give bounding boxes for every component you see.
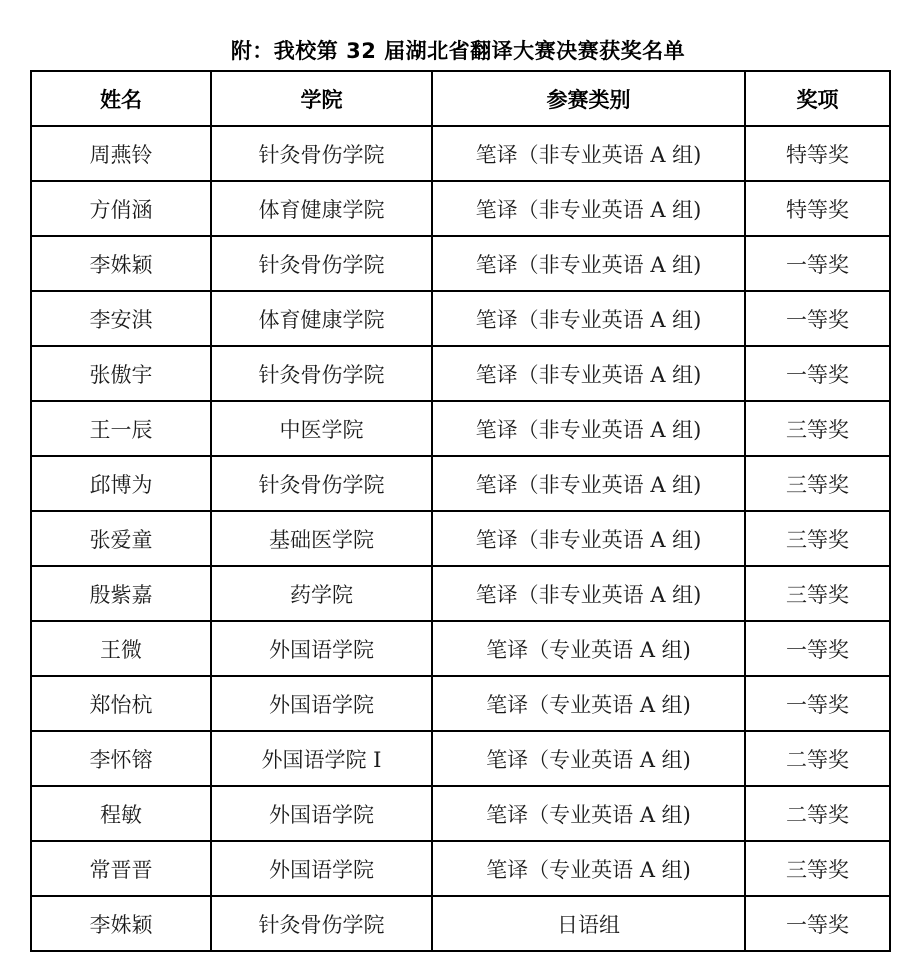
cell-award: 三等奖 <box>745 511 890 566</box>
table-row: 殷紫嘉 药学院 笔译（非专业英语 A 组) 三等奖 <box>31 566 890 621</box>
cell-award: 特等奖 <box>745 181 890 236</box>
cell-college: 体育健康学院 <box>211 291 432 346</box>
cell-award: 三等奖 <box>745 841 890 896</box>
cell-category: 笔译（非专业英语 A 组) <box>432 236 745 291</box>
table-row: 李安淇 体育健康学院 笔译（非专业英语 A 组) 一等奖 <box>31 291 890 346</box>
table-row: 王一辰 中医学院 笔译（非专业英语 A 组) 三等奖 <box>31 401 890 456</box>
cell-college: 外国语学院 <box>211 786 432 841</box>
cell-college: 外国语学院 <box>211 676 432 731</box>
cell-category: 笔译（非专业英语 A 组) <box>432 126 745 181</box>
cell-name: 李怀镕 <box>31 731 211 786</box>
cell-college: 针灸骨伤学院 <box>211 456 432 511</box>
table-row: 郑怡杭 外国语学院 笔译（专业英语 A 组) 一等奖 <box>31 676 890 731</box>
cell-name: 张傲宇 <box>31 346 211 401</box>
table-row: 王微 外国语学院 笔译（专业英语 A 组) 一等奖 <box>31 621 890 676</box>
cell-award: 二等奖 <box>745 786 890 841</box>
table-row: 方俏涵 体育健康学院 笔译（非专业英语 A 组) 特等奖 <box>31 181 890 236</box>
cell-award: 三等奖 <box>745 566 890 621</box>
cell-category: 日语组 <box>432 896 745 951</box>
cell-name: 王微 <box>31 621 211 676</box>
cell-college: 基础医学院 <box>211 511 432 566</box>
header-award: 奖项 <box>745 71 890 126</box>
cell-name: 邱博为 <box>31 456 211 511</box>
cell-category: 笔译（专业英语 A 组) <box>432 841 745 896</box>
cell-name: 张爱童 <box>31 511 211 566</box>
table-row: 张爱童 基础医学院 笔译（非专业英语 A 组) 三等奖 <box>31 511 890 566</box>
page-title: 附：我校第 32 届湖北省翻译大赛决赛获奖名单 <box>0 36 916 66</box>
cell-award: 三等奖 <box>745 401 890 456</box>
cell-name: 郑怡杭 <box>31 676 211 731</box>
cell-college: 外国语学院 <box>211 841 432 896</box>
table-row: 李怀镕 外国语学院 I 笔译（专业英语 A 组) 二等奖 <box>31 731 890 786</box>
header-college: 学院 <box>211 71 432 126</box>
cell-college: 外国语学院 <box>211 621 432 676</box>
cell-award: 一等奖 <box>745 346 890 401</box>
cell-college: 体育健康学院 <box>211 181 432 236</box>
table-row: 张傲宇 针灸骨伤学院 笔译（非专业英语 A 组) 一等奖 <box>31 346 890 401</box>
table-row: 李姝颖 针灸骨伤学院 笔译（非专业英语 A 组) 一等奖 <box>31 236 890 291</box>
table-row: 常晋晋 外国语学院 笔译（专业英语 A 组) 三等奖 <box>31 841 890 896</box>
cell-name: 周燕铃 <box>31 126 211 181</box>
cell-award: 一等奖 <box>745 291 890 346</box>
cell-college: 中医学院 <box>211 401 432 456</box>
table-header-row: 姓名 学院 参赛类别 奖项 <box>31 71 890 126</box>
cell-name: 常晋晋 <box>31 841 211 896</box>
header-name: 姓名 <box>31 71 211 126</box>
cell-category: 笔译（非专业英语 A 组) <box>432 401 745 456</box>
cell-name: 王一辰 <box>31 401 211 456</box>
cell-college: 针灸骨伤学院 <box>211 236 432 291</box>
cell-award: 三等奖 <box>745 456 890 511</box>
cell-college: 外国语学院 I <box>211 731 432 786</box>
cell-category: 笔译（专业英语 A 组) <box>432 786 745 841</box>
table-row: 程敏 外国语学院 笔译（专业英语 A 组) 二等奖 <box>31 786 890 841</box>
header-category: 参赛类别 <box>432 71 745 126</box>
cell-category: 笔译（非专业英语 A 组) <box>432 566 745 621</box>
awards-table: 姓名 学院 参赛类别 奖项 周燕铃 针灸骨伤学院 笔译（非专业英语 A 组) 特… <box>30 70 891 952</box>
cell-category: 笔译（专业英语 A 组) <box>432 676 745 731</box>
cell-name: 李姝颖 <box>31 896 211 951</box>
cell-award: 一等奖 <box>745 621 890 676</box>
table-row: 周燕铃 针灸骨伤学院 笔译（非专业英语 A 组) 特等奖 <box>31 126 890 181</box>
cell-category: 笔译（非专业英语 A 组) <box>432 511 745 566</box>
cell-college: 针灸骨伤学院 <box>211 896 432 951</box>
cell-category: 笔译（非专业英语 A 组) <box>432 291 745 346</box>
cell-category: 笔译（专业英语 A 组) <box>432 621 745 676</box>
cell-award: 一等奖 <box>745 676 890 731</box>
cell-award: 二等奖 <box>745 731 890 786</box>
table-row: 李姝颖 针灸骨伤学院 日语组 一等奖 <box>31 896 890 951</box>
cell-name: 殷紫嘉 <box>31 566 211 621</box>
cell-category: 笔译（非专业英语 A 组) <box>432 456 745 511</box>
cell-name: 程敏 <box>31 786 211 841</box>
cell-award: 特等奖 <box>745 126 890 181</box>
cell-category: 笔译（非专业英语 A 组) <box>432 181 745 236</box>
cell-category: 笔译（非专业英语 A 组) <box>432 346 745 401</box>
cell-award: 一等奖 <box>745 236 890 291</box>
cell-award: 一等奖 <box>745 896 890 951</box>
cell-category: 笔译（专业英语 A 组) <box>432 731 745 786</box>
cell-college: 药学院 <box>211 566 432 621</box>
cell-college: 针灸骨伤学院 <box>211 126 432 181</box>
cell-name: 李姝颖 <box>31 236 211 291</box>
table-row: 邱博为 针灸骨伤学院 笔译（非专业英语 A 组) 三等奖 <box>31 456 890 511</box>
cell-college: 针灸骨伤学院 <box>211 346 432 401</box>
cell-name: 方俏涵 <box>31 181 211 236</box>
cell-name: 李安淇 <box>31 291 211 346</box>
